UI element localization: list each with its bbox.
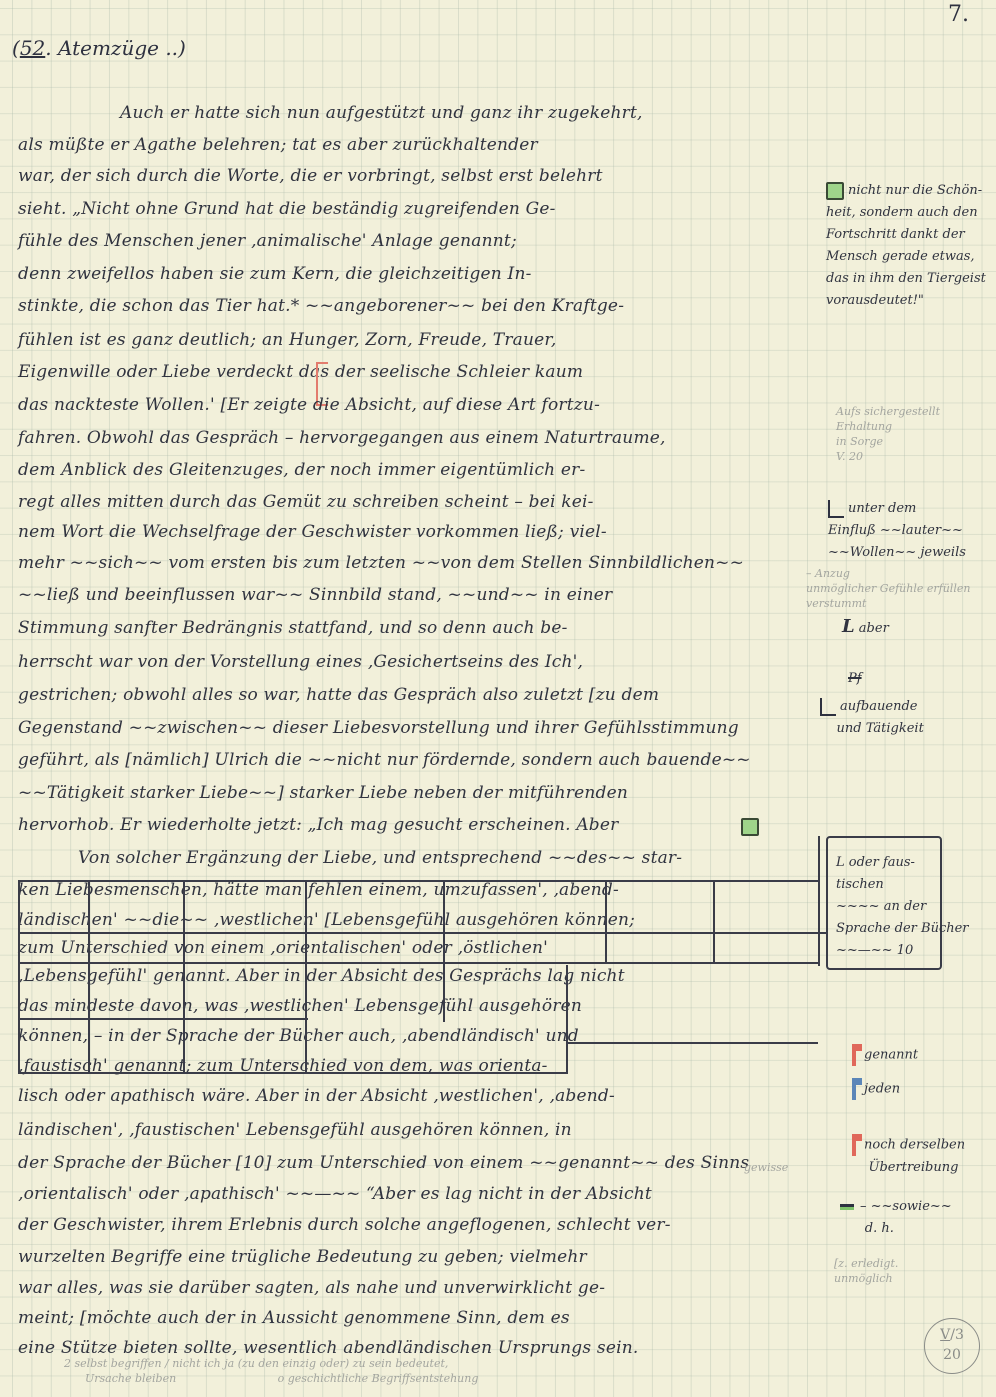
grid-rule — [88, 882, 90, 1072]
grid-rule — [18, 962, 818, 964]
margin-note-2: unter demEinfluß ~~lauter~~~~Wollen~~ je… — [828, 498, 966, 564]
pencil-margin-note-1: Aufs sichergestelltErhaltungin SorgeV. 2… — [836, 404, 940, 464]
page-number: 7. — [948, 2, 969, 27]
body-line: gestrichen; obwohl alles so war, hatte d… — [18, 685, 659, 705]
body-line: der Sprache der Bücher [10] zum Untersch… — [18, 1153, 749, 1173]
body-line: können, – in der Sprache der Bücher auch… — [18, 1026, 579, 1046]
pencil-margin-note-3: [z. erledigt.unmöglich — [834, 1256, 898, 1286]
pencil-footnote: 2 selbst begriffen / nicht ich ja (zu de… — [64, 1356, 478, 1386]
title-prefix: ( — [12, 36, 20, 60]
grid-rule — [183, 882, 185, 1072]
page-title: (52. Atemzüge ..) — [12, 36, 186, 60]
margin-note-7: genannt — [852, 1044, 918, 1067]
body-line: ‚Lebensgefühl' genannt. Aber in der Absi… — [18, 966, 625, 986]
l-marker-icon: L — [842, 616, 855, 637]
title-rest: . Atemzüge ..) — [45, 36, 186, 60]
body-line: regt alles mitten durch das Gemüt zu sch… — [18, 492, 594, 512]
body-line: das nackteste Wollen.' [Er zeigte die Ab… — [18, 395, 600, 415]
grid-rule — [818, 836, 820, 966]
body-line: herrscht war von der Vorstellung eines ‚… — [18, 652, 583, 672]
body-line: ländischen', ‚faustischen' Lebensgefühl … — [18, 1120, 572, 1140]
body-line: ken Liebesmenschen, hätte man fehlen ein… — [18, 880, 619, 900]
grid-rule — [18, 932, 828, 934]
margin-note-4: Pf — [848, 668, 862, 690]
body-line: das mindeste davon, was ‚westlichen' Leb… — [18, 996, 582, 1016]
body-line: stinkte, die schon das Tier hat.* ~~ange… — [18, 296, 624, 316]
body-line: Eigenwille oder Liebe verdeckt das der s… — [18, 362, 583, 382]
body-line: denn zweifellos haben sie zum Kern, die … — [18, 264, 532, 284]
pencil-margin-note-2: – Anzugunmöglicher Gefühle erfüllenverst… — [806, 566, 970, 611]
margin-note-10: – ~~sowie~~ d. h. — [840, 1196, 952, 1240]
body-line: war alles, was sie darüber sagten, als n… — [18, 1278, 605, 1298]
grid-rule — [18, 882, 20, 1072]
body-line: wurzelten Begriffe eine trügliche Bedeut… — [18, 1247, 587, 1267]
body-line: als müßte er Agathe belehren; tat es abe… — [18, 135, 538, 155]
body-line: meint; [möchte auch der in Aussicht geno… — [18, 1308, 570, 1328]
body-line: Gegenstand ~~zwischen~~ dieser Liebesvor… — [18, 718, 739, 738]
body-line: Von solcher Ergänzung der Liebe, und ent… — [78, 848, 682, 868]
body-line: Auch er hatte sich nun aufgestützt und g… — [120, 103, 643, 123]
pencil-inline-note: gewisse — [744, 1160, 788, 1175]
insertion-bracket-icon — [828, 500, 844, 518]
body-line: mehr ~~sich~~ vom ersten bis zum letzten… — [18, 553, 744, 573]
margin-note-5: aufbauende und Tätigkeit — [820, 696, 924, 740]
body-line: eine Stütze bieten sollte, wesentlich ab… — [18, 1338, 639, 1358]
margin-note-3: L aber — [842, 616, 889, 640]
body-line: ländischen' ~~die~~ ‚westlichen' [Lebens… — [18, 910, 635, 930]
grid-rule — [605, 882, 607, 962]
grid-rule — [305, 882, 307, 1072]
body-line: Stimmung sanfter Bedrängnis stattfand, u… — [18, 618, 568, 638]
body-line: hervorhob. Er wiederholte jetzt: „Ich ma… — [18, 815, 618, 835]
grid-rule — [18, 1018, 308, 1020]
red-flag-marker-icon — [852, 1134, 856, 1156]
archive-stamp: V/3 20 — [924, 1318, 980, 1374]
red-flag-marker-icon — [852, 1044, 856, 1066]
body-line: der Geschwister, ihrem Erlebnis durch so… — [18, 1215, 671, 1235]
body-line: sieht. „Nicht ohne Grund hat die beständ… — [18, 199, 556, 219]
green-strike-marker-icon — [840, 1204, 854, 1210]
grid-rule — [568, 1042, 818, 1044]
body-line: geführt, als [nämlich] Ulrich die ~~nich… — [18, 750, 751, 770]
body-line: ~~Tätigkeit starker Liebe~~] starker Lie… — [18, 783, 628, 803]
body-line: fühlen ist es ganz deutlich; an Hunger, … — [18, 330, 556, 350]
body-line: fühle des Menschen jener ‚animalische' A… — [18, 231, 517, 251]
body-line: dem Anblick des Gleitenzuges, der noch i… — [18, 460, 585, 480]
body-line: lisch oder apathisch wäre. Aber in der A… — [18, 1086, 615, 1106]
body-line: nem Wort die Wechselfrage der Geschwiste… — [18, 522, 607, 542]
margin-note-9: noch derselben Übertreibung — [852, 1134, 965, 1179]
grid-rule — [713, 882, 715, 962]
grid-rule — [18, 880, 818, 882]
body-line: fahren. Obwohl das Gespräch – hervorgega… — [18, 428, 666, 448]
body-line: ‚orientalisch' oder ‚apathisch' ~~—~~ “A… — [18, 1184, 652, 1204]
margin-note-6: L oder faus-tischen~~~~ an derSprache de… — [836, 852, 969, 962]
body-line: zum Unterschied von einem ‚orientalische… — [18, 938, 548, 958]
grid-rule — [443, 882, 445, 1022]
margin-note-1: nicht nur die Schön-heit, sondern auch d… — [826, 180, 986, 312]
green-insertion-marker-icon — [826, 182, 844, 200]
insertion-bracket-icon — [820, 698, 836, 716]
blue-pin-marker-icon — [852, 1078, 856, 1100]
title-number: 52 — [20, 36, 45, 60]
grid-rule — [566, 965, 568, 1073]
margin-note-8: jeden — [852, 1078, 900, 1101]
green-insertion-marker-icon — [741, 818, 759, 836]
body-line: war, der sich durch die Worte, die er vo… — [18, 166, 603, 186]
body-line: ~~ließ und beeinflussen war~~ Sinnbild s… — [18, 585, 612, 605]
grid-rule — [18, 1072, 568, 1074]
